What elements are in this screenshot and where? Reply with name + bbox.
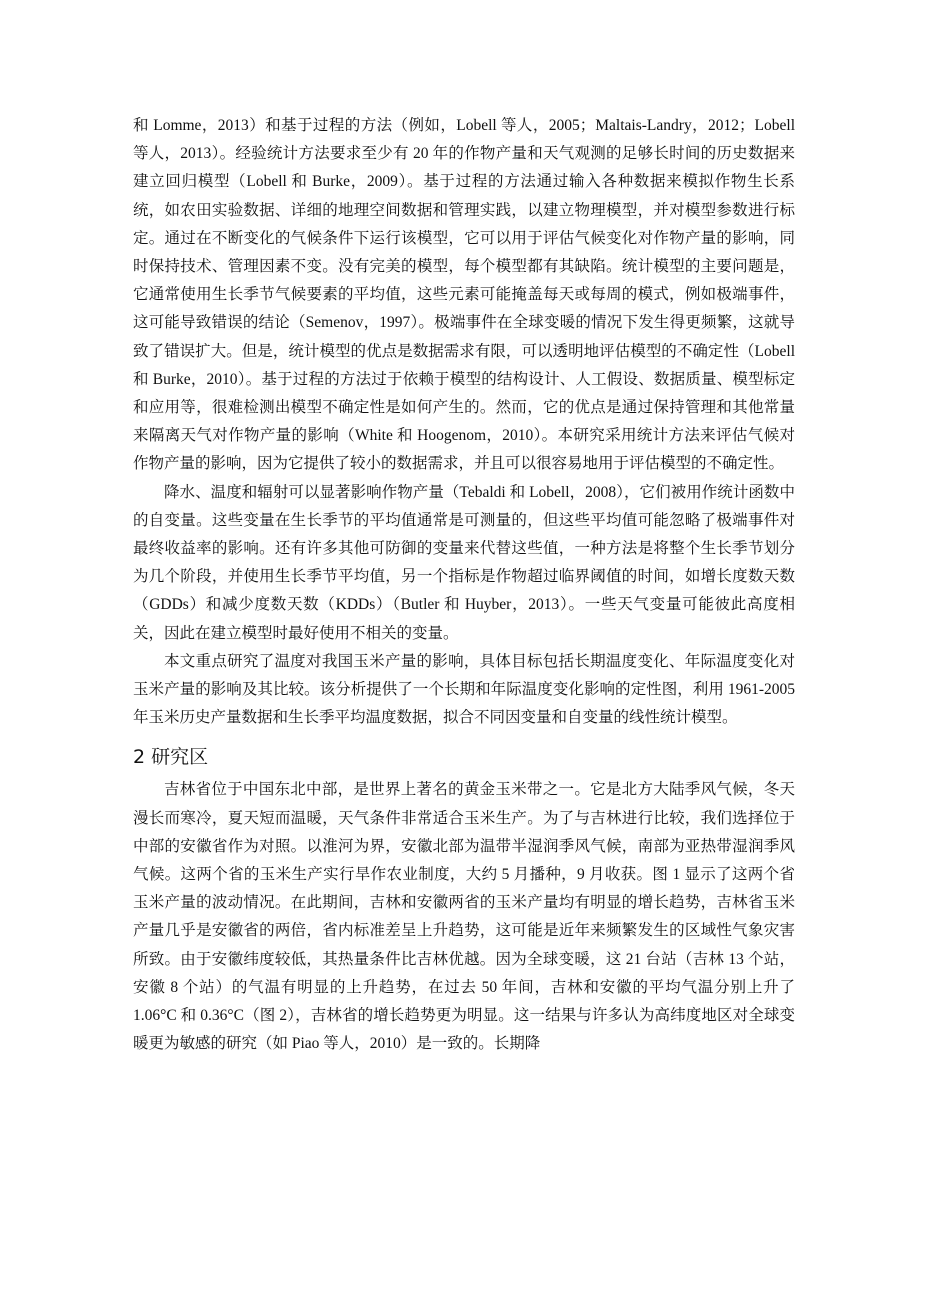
section-heading-study-area: 2 研究区	[133, 742, 795, 772]
paragraph-weather-variables: 降水、温度和辐射可以显著影响作物产量（Tebaldi 和 Lobell，2008…	[133, 479, 795, 648]
paragraph-study-objectives: 本文重点研究了温度对我国玉米产量的影响，具体目标包括长期温度变化、年际温度变化对…	[133, 648, 795, 733]
document-page: 和 Lomme，2013）和基于过程的方法（例如，Lobell 等人，2005；…	[133, 112, 795, 1059]
paragraph-study-area: 吉林省位于中国东北中部，是世界上著名的黄金玉米带之一。它是北方大陆季风气候，冬天…	[133, 776, 795, 1058]
paragraph-methods-comparison: 和 Lomme，2013）和基于过程的方法（例如，Lobell 等人，2005；…	[133, 112, 795, 479]
